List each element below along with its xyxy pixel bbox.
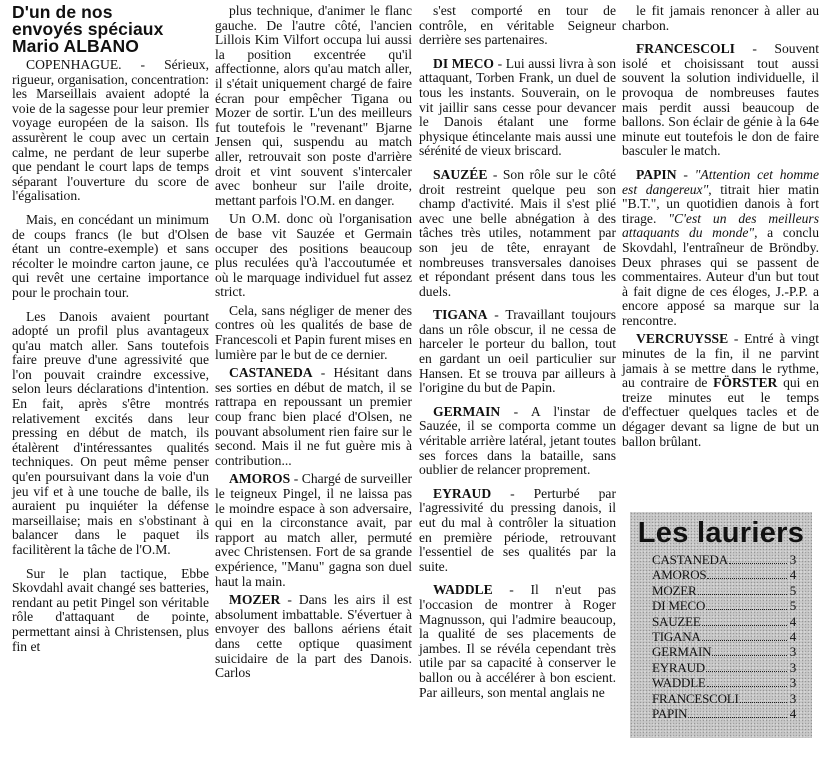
player-score: 3 (788, 675, 796, 690)
player-name: DI MECO (652, 598, 705, 613)
player-paragraph: EYRAUD - Perturbé par l'agressivité du p… (419, 487, 616, 575)
article-paragraph: le fit jamais renoncer à aller au charbo… (622, 4, 819, 33)
dot-leader (706, 609, 787, 610)
rating-row: SAUZEE4 (652, 614, 796, 629)
player-score: 3 (788, 691, 796, 706)
dot-leader (706, 671, 787, 672)
player-paragraph: COPENHAGUE. - Sérieux, rigueur, organisa… (12, 58, 209, 204)
article-paragraph: Un O.M. donc où l'organisation de base v… (215, 212, 412, 300)
player-paragraph: PAPIN - "Attention cet homme est dangere… (622, 168, 819, 329)
rating-row: DI MECO5 (652, 598, 796, 613)
player-paragraph: MOZER - Dans les airs il est absolument … (215, 593, 412, 681)
player-paragraph: AMOROS - Chargé de surveiller le teigneu… (215, 472, 412, 589)
player-paragraph: VERCRUYSSE - Entré à vingt minutes de la… (622, 332, 819, 449)
player-name-lead: DI MECO (433, 56, 494, 71)
player-paragraph: GERMAIN - A l'instar de Sauzée, il se co… (419, 405, 616, 478)
dot-leader (707, 686, 787, 687)
player-name-lead: MOZER (229, 592, 280, 607)
player-name: AMOROS (652, 567, 706, 582)
rating-row: MOZER5 (652, 583, 796, 598)
player-name: GERMAIN (652, 644, 711, 659)
player-name: WADDLE (652, 675, 706, 690)
player-name: TIGANA (652, 629, 701, 644)
rating-row: WADDLE3 (652, 675, 796, 690)
player-score: 3 (788, 644, 796, 659)
dateline: COPENHAGUE. (26, 57, 122, 72)
player-score: 4 (788, 629, 796, 644)
player-paragraph: TIGANA - Travaillant toujours dans un rô… (419, 308, 616, 396)
player-name: EYRAUD (652, 660, 705, 675)
player-paragraph: SAUZÉE - Son rôle sur le côté droit rest… (419, 168, 616, 299)
article-paragraph: Mais, en concédant un minimum de coups f… (12, 213, 209, 301)
player-score: 4 (788, 706, 796, 721)
ratings-title: Les lauriers (630, 518, 812, 548)
dot-leader (729, 563, 787, 564)
player-name-lead: GERMAIN (433, 404, 500, 419)
article-column-4: le fit jamais renoncer à aller au charbo… (622, 4, 819, 449)
newspaper-page: D'un de nos envoyés spéciaux Mario ALBAN… (0, 0, 825, 763)
player-paragraph: WADDLE - Il n'eut pas l'occasion de mont… (419, 583, 616, 700)
headline-line: Mario ALBANO (12, 38, 209, 55)
player-paragraph: DI MECO - Lui aussi livra à son attaquan… (419, 57, 616, 159)
player-score: 5 (788, 583, 796, 598)
player-name-inline: FÖRSTER (713, 375, 777, 390)
player-name-lead: VERCRUYSSE (636, 331, 728, 346)
article-paragraph: Les Danois avaient pourtant adopté un pr… (12, 310, 209, 558)
rating-row: FRANCESCOLI3 (652, 691, 796, 706)
player-score: 5 (788, 598, 796, 613)
player-name-lead: EYRAUD (433, 486, 491, 501)
dot-leader (702, 640, 787, 641)
rating-row: AMOROS4 (652, 567, 796, 582)
body-text: - (677, 167, 695, 182)
dot-leader (707, 578, 787, 579)
player-paragraph: FRANCESCOLI - Souvent isolé et choisissa… (622, 42, 819, 159)
rating-row: TIGANA4 (652, 629, 796, 644)
body-text: , a conclu Skovdahl, l'entraîneur de Brö… (622, 225, 819, 328)
player-name: PAPIN (652, 706, 687, 721)
rating-row: EYRAUD3 (652, 660, 796, 675)
player-score: 3 (788, 552, 796, 567)
column-body: plus technique, d'animer le flanc gauche… (215, 4, 412, 681)
rating-row: CASTANEDA3 (652, 552, 796, 567)
player-name-lead: SAUZÉE (433, 167, 487, 182)
article-paragraph: s'est comporté en tour de contrôle, en v… (419, 4, 616, 48)
dot-leader (740, 702, 787, 703)
column-body: le fit jamais renoncer à aller au charbo… (622, 4, 819, 449)
player-name-lead: FRANCESCOLI (636, 41, 735, 56)
player-score: 3 (788, 660, 796, 675)
article-column-2: plus technique, d'animer le flanc gauche… (215, 4, 412, 681)
byline-headline: D'un de nos envoyés spéciaux Mario ALBAN… (12, 4, 209, 55)
player-name-lead: CASTANEDA (229, 365, 313, 380)
player-name: FRANCESCOLI (652, 691, 739, 706)
player-name-lead: AMOROS (229, 471, 290, 486)
article-paragraph: Sur le plan tactique, Ebbe Skovdahl avai… (12, 567, 209, 655)
column-body: s'est comporté en tour de contrôle, en v… (419, 4, 616, 700)
dot-leader (702, 625, 787, 626)
player-name-lead: PAPIN (636, 167, 677, 182)
player-paragraph: CASTANEDA - Hésitant dans ses sorties en… (215, 366, 412, 468)
dot-leader (688, 717, 787, 718)
player-name: CASTANEDA (652, 552, 728, 567)
article-paragraph: plus technique, d'animer le flanc gauche… (215, 4, 412, 208)
article-column-3: s'est comporté en tour de contrôle, en v… (419, 4, 616, 700)
dot-leader (712, 655, 787, 656)
player-name-lead: TIGANA (433, 307, 487, 322)
ratings-box: Les lauriers CASTANEDA3 AMOROS4 MOZER5 D… (630, 512, 812, 738)
column-body: COPENHAGUE. - Sérieux, rigueur, organisa… (12, 58, 209, 654)
rating-row: PAPIN4 (652, 706, 796, 721)
player-name: MOZER (652, 583, 697, 598)
rating-row: GERMAIN3 (652, 644, 796, 659)
player-name-lead: WADDLE (433, 582, 493, 597)
player-name: SAUZEE (652, 614, 701, 629)
player-score: 4 (788, 614, 796, 629)
article-paragraph: Cela, sans négliger de mener des contres… (215, 304, 412, 362)
player-score: 4 (788, 567, 796, 582)
dot-leader (698, 594, 787, 595)
article-column-1: D'un de nos envoyés spéciaux Mario ALBAN… (12, 4, 209, 654)
ratings-list: CASTANEDA3 AMOROS4 MOZER5 DI MECO5 SAUZE… (630, 552, 812, 721)
